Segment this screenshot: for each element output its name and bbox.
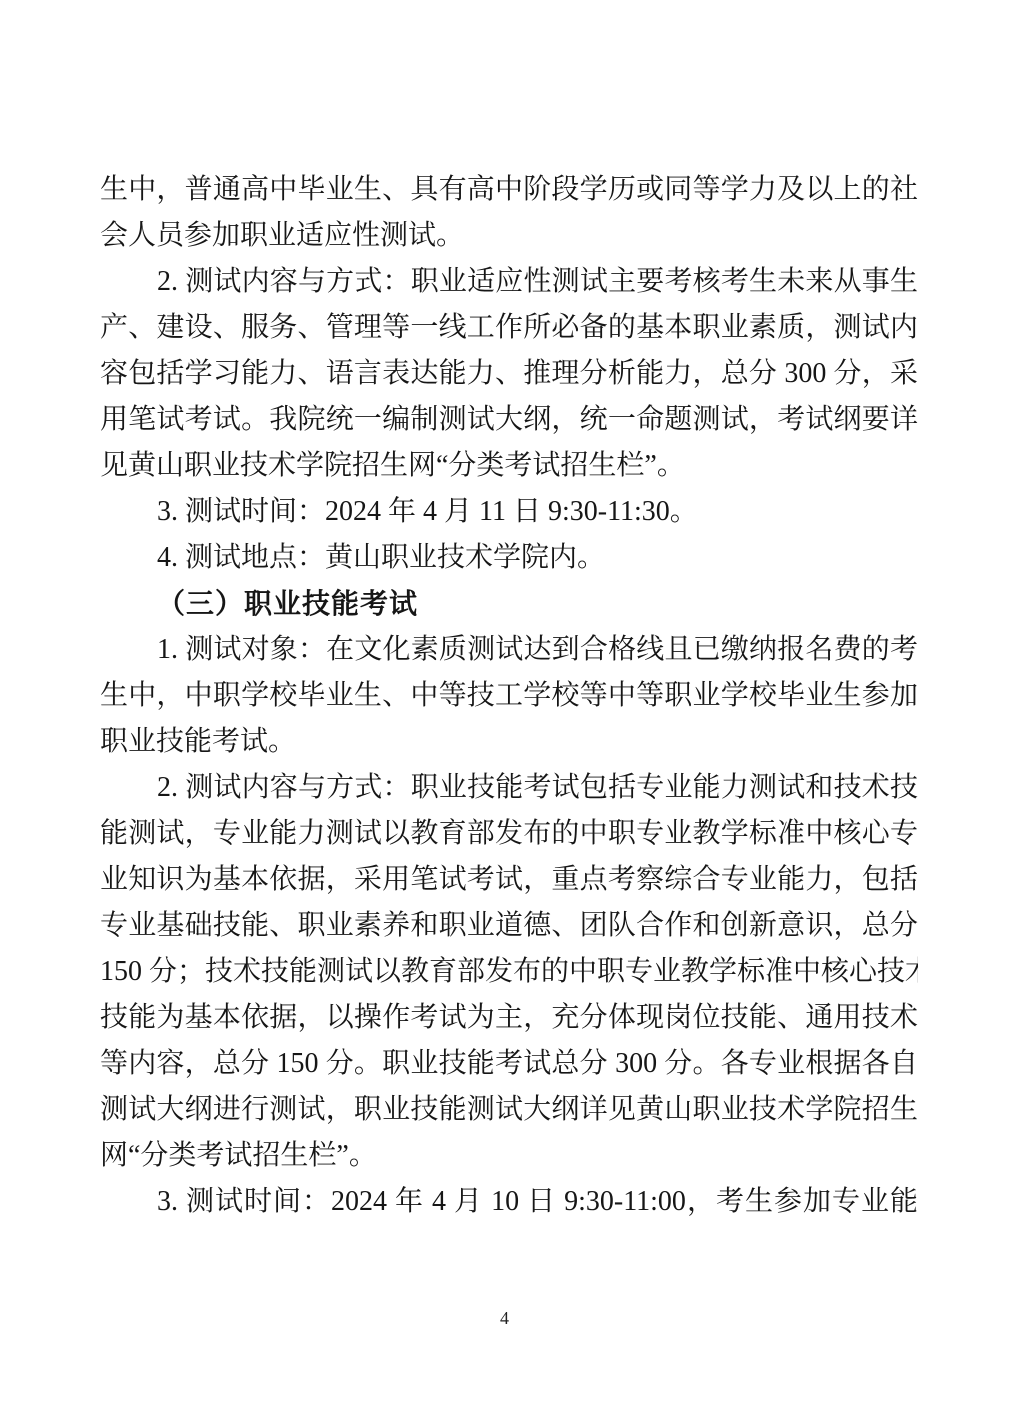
text-line: 2. 测试内容与方式：职业适应性测试主要考核考生未来从事生 <box>100 259 918 305</box>
text-line: 等内容，总分 150 分。职业技能考试总分 300 分。各专业根据各自 <box>100 1041 918 1087</box>
text-line: 见黄山职业技术学院招生网“分类考试招生栏”。 <box>100 443 918 489</box>
text-line: 能测试，专业能力测试以教育部发布的中职专业教学标准中核心专 <box>100 811 918 857</box>
document-body: 生中，普通高中毕业生、具有高中阶段学历或同等学力及以上的社会人员参加职业适应性测… <box>100 167 918 1225</box>
text-line: 用笔试考试。我院统一编制测试大纲，统一命题测试，考试纲要详 <box>100 397 918 443</box>
text-line: 4. 测试地点：黄山职业技术学院内。 <box>100 535 918 581</box>
page-number: 4 <box>0 1306 1009 1330</box>
text-line: 业知识为基本依据，采用笔试考试，重点考察综合专业能力，包括 <box>100 857 918 903</box>
paragraph: 2. 测试内容与方式：职业适应性测试主要考核考生未来从事生产、建设、服务、管理等… <box>100 259 918 489</box>
document-page: 生中，普通高中毕业生、具有高中阶段学历或同等学力及以上的社会人员参加职业适应性测… <box>0 0 1009 1428</box>
paragraph: 生中，普通高中毕业生、具有高中阶段学历或同等学力及以上的社会人员参加职业适应性测… <box>100 167 918 259</box>
text-line: 1. 测试对象：在文化素质测试达到合格线且已缴纳报名费的考 <box>100 627 918 673</box>
text-line: 网“分类考试招生栏”。 <box>100 1133 918 1179</box>
paragraph: 3. 测试时间：2024 年 4 月 11 日 9:30-11:30。 <box>100 489 918 535</box>
text-line: 产、建设、服务、管理等一线工作所必备的基本职业素质，测试内 <box>100 305 918 351</box>
text-line: 容包括学习能力、语言表达能力、推理分析能力，总分 300 分，采 <box>100 351 918 397</box>
text-line: 2. 测试内容与方式：职业技能考试包括专业能力测试和技术技 <box>100 765 918 811</box>
section-heading: （三）职业技能考试 <box>100 581 918 627</box>
text-line: 3. 测试时间：2024 年 4 月 11 日 9:30-11:30。 <box>100 489 918 535</box>
text-line: （三）职业技能考试 <box>100 581 918 627</box>
text-line: 技能为基本依据，以操作考试为主，充分体现岗位技能、通用技术 <box>100 995 918 1041</box>
text-line: 生中，中职学校毕业生、中等技工学校等中等职业学校毕业生参加 <box>100 673 918 719</box>
text-line: 职业技能考试。 <box>100 719 918 765</box>
text-line: 150 分；技术技能测试以教育部发布的中职专业教学标准中核心技术 <box>100 949 918 995</box>
paragraph: 2. 测试内容与方式：职业技能考试包括专业能力测试和技术技能测试，专业能力测试以… <box>100 765 918 1179</box>
paragraph: 4. 测试地点：黄山职业技术学院内。 <box>100 535 918 581</box>
paragraph: 1. 测试对象：在文化素质测试达到合格线且已缴纳报名费的考生中，中职学校毕业生、… <box>100 627 918 765</box>
text-line: 会人员参加职业适应性测试。 <box>100 213 918 259</box>
paragraph: 3. 测试时间：2024 年 4 月 10 日 9:30-11:00，考生参加专… <box>100 1179 918 1225</box>
text-line: 测试大纲进行测试，职业技能测试大纲详见黄山职业技术学院招生 <box>100 1087 918 1133</box>
text-line: 专业基础技能、职业素养和职业道德、团队合作和创新意识，总分 <box>100 903 918 949</box>
text-line: 生中，普通高中毕业生、具有高中阶段学历或同等学力及以上的社 <box>100 167 918 213</box>
text-line: 3. 测试时间：2024 年 4 月 10 日 9:30-11:00，考生参加专… <box>100 1179 918 1225</box>
